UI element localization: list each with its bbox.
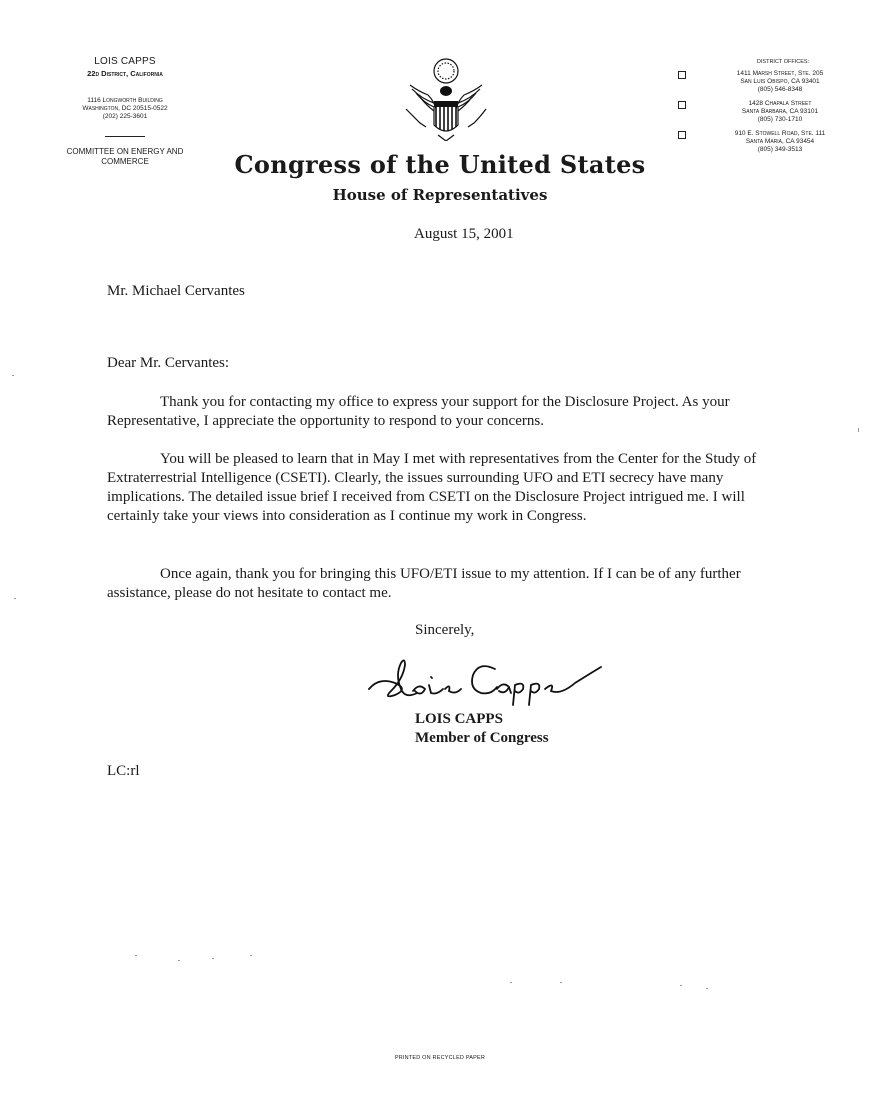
checkbox-icon	[678, 131, 686, 139]
scan-speck	[12, 375, 14, 376]
phone-line: (202) 225-3601	[40, 113, 210, 121]
office-line: (805) 730-1710	[692, 116, 868, 124]
office-line: Santa Barbara, CA 93101	[692, 108, 868, 116]
scan-speck	[135, 955, 137, 956]
address-line: Washington, DC 20515-0522	[40, 105, 210, 113]
reference-initials: LC:rl	[107, 762, 140, 781]
great-seal-eagle-icon	[398, 57, 494, 141]
body-paragraph: Thank you for contacting my office to ex…	[107, 393, 787, 431]
committee-line: COMMITTEE ON ENERGY AND	[40, 147, 210, 157]
district-offices-heading: DISTRICT OFFICES:	[678, 58, 868, 66]
member-name: LOIS CAPPS	[40, 56, 210, 67]
recipient-name: Mr. Michael Cervantes	[107, 282, 245, 301]
letterhead-title: Congress of the United States	[200, 150, 680, 179]
office-line: 910 E. Stowell Road, Ste. 111	[692, 130, 868, 138]
scan-speck	[706, 988, 708, 989]
scan-speck	[560, 982, 562, 983]
committee-assignment: COMMITTEE ON ENERGY AND COMMERCE	[40, 147, 210, 167]
salutation: Dear Mr. Cervantes:	[107, 354, 229, 373]
closing: Sincerely,	[415, 621, 474, 640]
body-paragraph: You will be pleased to learn that in May…	[107, 450, 787, 526]
office-line: San Luis Obispo, CA 93401	[692, 78, 868, 86]
district-office: 1428 Chapala Street Santa Barbara, CA 93…	[678, 100, 868, 124]
scan-speck	[858, 428, 859, 432]
letter-date: August 15, 2001	[414, 226, 514, 243]
district-offices-block: DISTRICT OFFICES: 1411 Marsh Street, Ste…	[678, 58, 868, 160]
office-line: (805) 546-8348	[692, 86, 868, 94]
office-line: 1428 Chapala Street	[692, 100, 868, 108]
scan-speck	[14, 598, 16, 599]
district-office: 910 E. Stowell Road, Ste. 111 Santa Mari…	[678, 130, 868, 154]
dc-office-address: 1116 Longworth Building Washington, DC 2…	[40, 97, 210, 121]
district-office: 1411 Marsh Street, Ste. 205 San Luis Obi…	[678, 70, 868, 94]
member-letterhead-block: LOIS CAPPS 22d District, California 1116…	[40, 56, 210, 167]
checkbox-icon	[678, 101, 686, 109]
checkbox-icon	[678, 71, 686, 79]
scan-speck	[178, 960, 180, 961]
signer-name: LOIS CAPPS	[415, 710, 503, 729]
scan-speck	[680, 985, 682, 986]
handwritten-signature	[365, 655, 605, 710]
member-district: 22d District, California	[40, 69, 210, 78]
divider	[105, 136, 145, 137]
office-line: (805) 349-3513	[692, 146, 868, 154]
address-line: 1116 Longworth Building	[40, 97, 210, 105]
scan-speck	[510, 982, 512, 983]
body-paragraph: Once again, thank you for bringing this …	[107, 565, 787, 603]
office-line: Santa Maria, CA 93454	[692, 138, 868, 146]
office-line: 1411 Marsh Street, Ste. 205	[692, 70, 868, 78]
committee-line: COMMERCE	[40, 157, 210, 167]
recycled-paper-notice: PRINTED ON RECYCLED PAPER	[340, 1055, 540, 1061]
scan-speck	[250, 955, 252, 956]
letterhead-subtitle: House of Representatives	[200, 186, 680, 204]
scan-speck	[212, 958, 214, 959]
signer-title: Member of Congress	[415, 729, 549, 748]
